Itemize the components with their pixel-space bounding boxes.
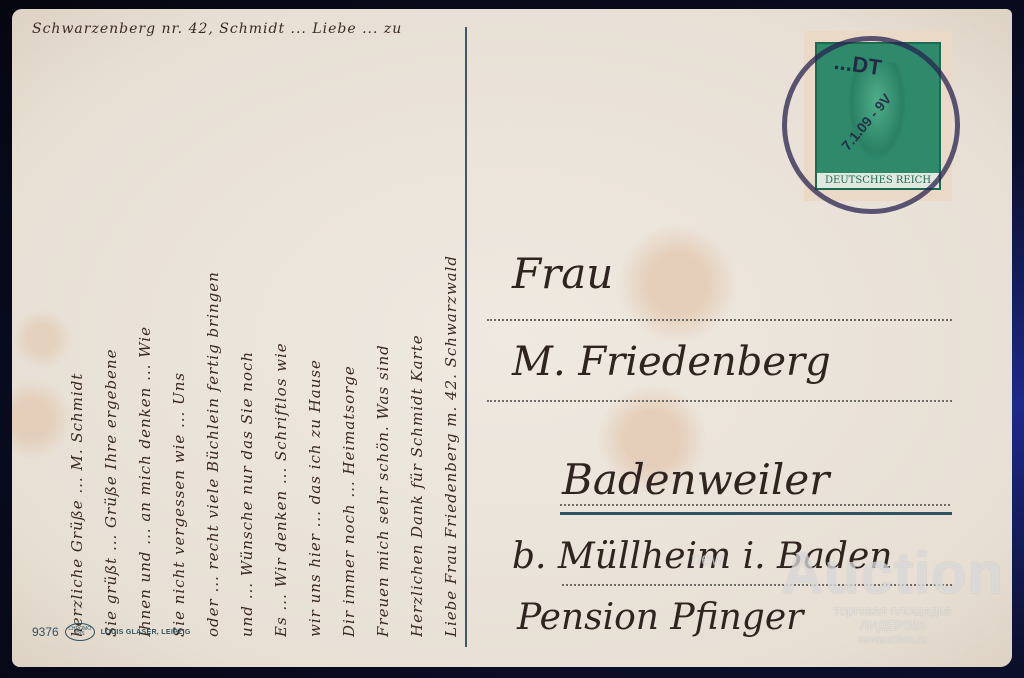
address-name: M. Friedenberg	[512, 339, 831, 385]
message-line: Liebe Frau Friedenberg m. 42. Schwarzwal…	[442, 37, 460, 637]
address-rule-2	[487, 400, 952, 402]
logo-bottom-text: IRIS	[75, 632, 85, 637]
message-line: und ... Wünsche nur das Sie noch	[238, 37, 256, 637]
watermark-brand: Auction	[781, 545, 1004, 603]
handwritten-message: Liebe Frau Friedenberg m. 42. Schwarzwal…	[30, 27, 460, 647]
vertical-divider	[465, 27, 467, 647]
message-line: Es ... Wir denken ... Schriftlos wie	[272, 37, 290, 637]
address-salutation: Frau	[512, 249, 613, 298]
message-line: herzliche Grüße ... M. Schmidt	[68, 37, 86, 637]
card-number: 9376	[32, 625, 59, 639]
watermark-seller: ЛИДЕР555	[781, 618, 1004, 633]
message-line: wir uns hier ... das ich zu Hause	[306, 37, 324, 637]
publisher-name: LOUIS GLASER, LEIPZIG	[101, 629, 191, 636]
message-line: oder ... recht viele Büchlein fertig bri…	[204, 37, 222, 637]
message-line: Sie grüßt ... Grüße Ihre ergebene	[102, 37, 120, 637]
address-town-underline	[560, 512, 952, 515]
address-pension: Pension Pfinger	[517, 597, 803, 638]
auction-watermark: new Auction торговая площадка ЛИДЕР555 n…	[781, 545, 1004, 648]
watermark-prefix: new	[691, 549, 724, 570]
message-line: Sie nicht vergessen wie ... Uns	[170, 37, 188, 637]
address-town: Badenweiler	[562, 455, 829, 504]
watermark-url: newauction.ru	[781, 633, 1004, 648]
message-line: Freuen mich sehr schön. Was sind	[374, 37, 392, 637]
message-line: Herzlichen Dank für Schmidt Karte	[408, 37, 426, 637]
message-line: Dir immer noch ... Heimatsorge	[340, 37, 358, 637]
publisher-imprint: 9376 CHROMO IRIS LOUIS GLASER, LEIPZIG	[32, 623, 191, 641]
chromo-iris-logo-icon: CHROMO IRIS	[65, 623, 95, 641]
address-rule-3	[560, 504, 950, 506]
address-rule-1	[487, 319, 952, 321]
message-line: Ihnen und ... an mich denken ... Wie	[136, 37, 154, 637]
